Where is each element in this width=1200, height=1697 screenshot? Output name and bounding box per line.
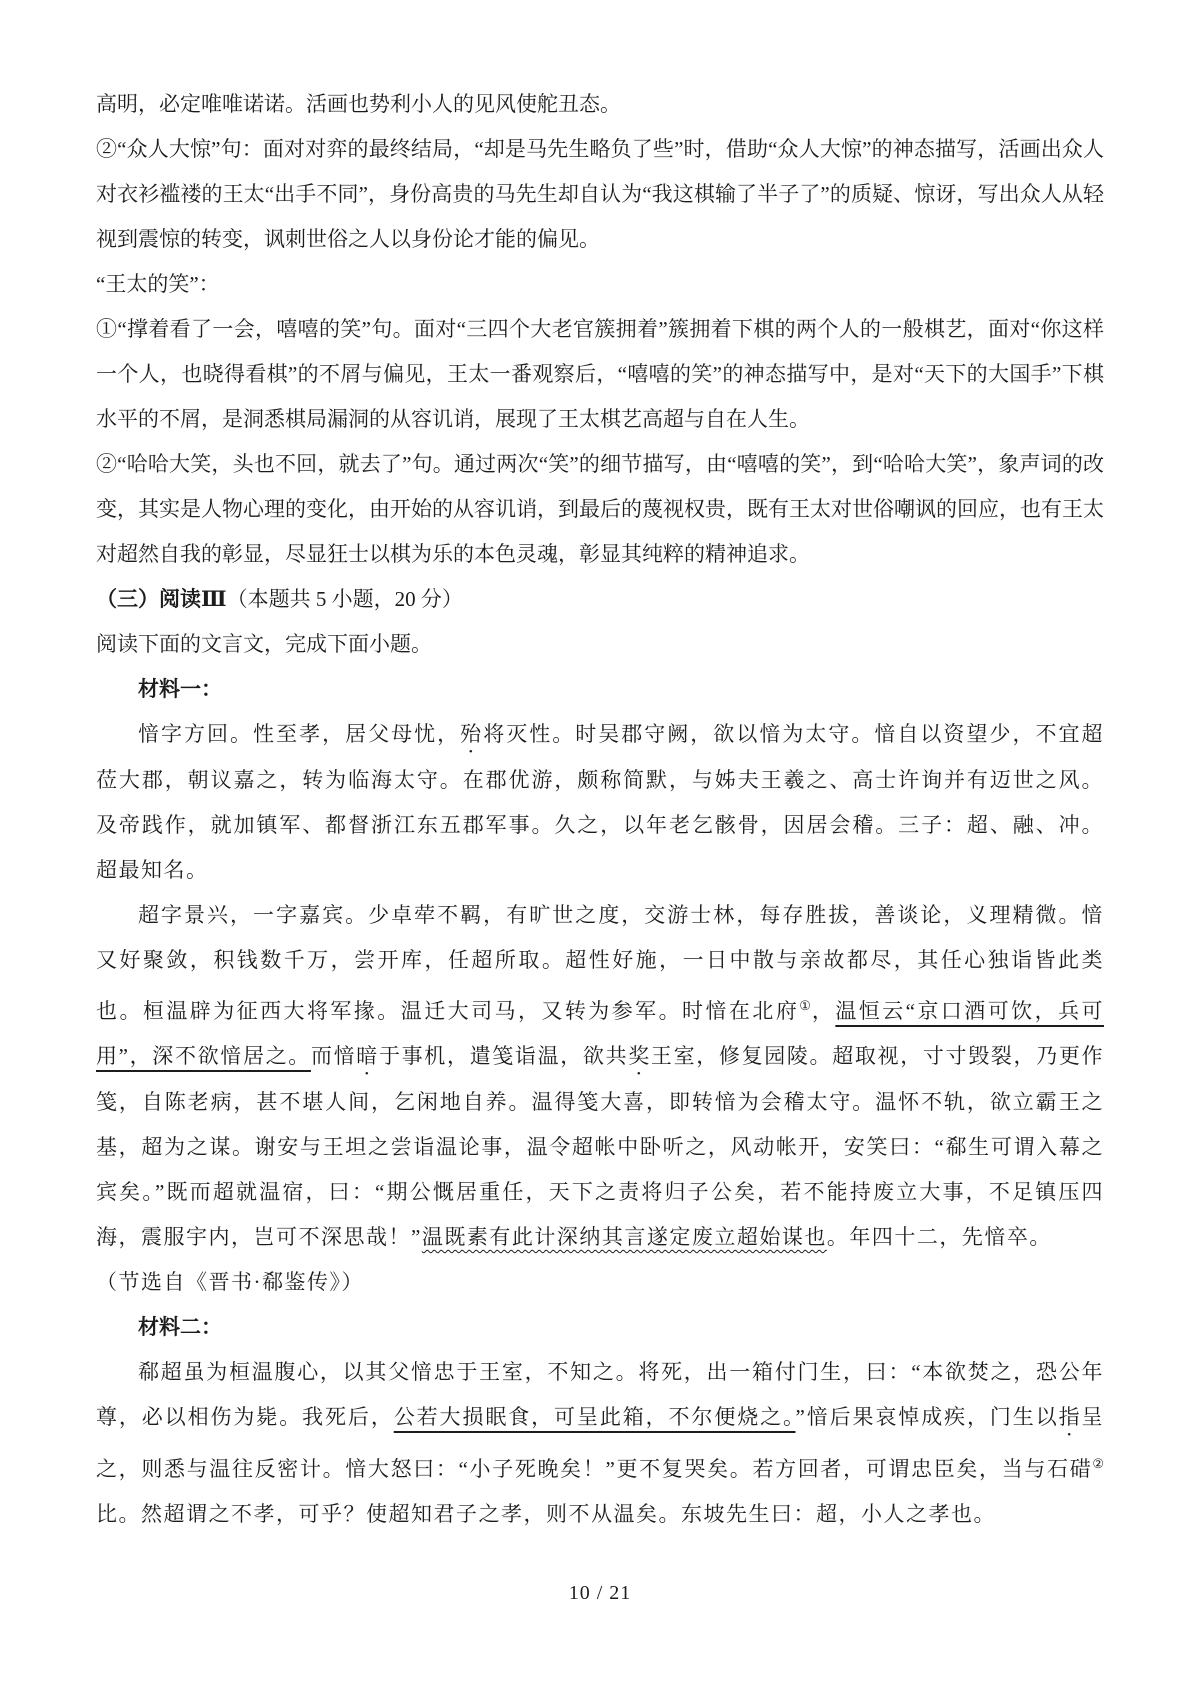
text-run: 阅读下面的文言文，完成下面小题。 <box>96 632 432 656</box>
section-instruction-paragraph: 阅读下面的文言文，完成下面小题。 <box>96 622 1104 667</box>
material-1-source-paragraph: （节选自《晋书·郗鉴传》） <box>96 1260 1104 1305</box>
text-run: 高明，必定唯唯诺诺。活画也势利小人的见风使舵丑态。 <box>96 92 621 116</box>
answer-continuation-paragraph: 高明，必定唯唯诺诺。活画也势利小人的见风使舵丑态。 <box>96 82 1104 127</box>
text-run: 于事机，遣笺诣温，欲共 <box>379 1044 628 1068</box>
text-run: 殆 <box>460 722 483 746</box>
answer-point-1-paragraph: ①“撑着看了一会，嘻嘻的笑”句。面对“三四个大老官簇拥着”簇拥着下棋的两个人的一… <box>96 307 1104 442</box>
text-run: 。年四十二，先愔卒。 <box>827 1225 1052 1249</box>
answer-subtitle-paragraph: “王太的笑”： <box>96 262 1104 307</box>
text-run: 奖 <box>628 1044 651 1068</box>
text-run: 愔字方回。性至孝，居父母忧， <box>138 722 460 746</box>
text-run: 而愔 <box>311 1044 356 1068</box>
page-number: 10 / 21 <box>0 1582 1200 1605</box>
text-run: ， <box>812 999 835 1023</box>
material-2-paragraph-1: 郗超虽为桓温腹心，以其父愔忠于王室，不知之。将死，出一箱付门生，曰：“本欲焚之，… <box>96 1350 1104 1537</box>
text-run: 暗 <box>356 1044 379 1068</box>
text-run: 比。然超谓之不孝，可乎？使超知君子之孝，则不从温矣。东坡先生曰：超，小人之孝也。 <box>96 1502 996 1526</box>
answer-point-2b-paragraph: ②“哈哈大笑，头也不回，就去了”句。通过两次“笑”的细节描写，由“嘻嘻的笑”，到… <box>96 442 1104 577</box>
text-run: 王室，修复园陵。超取视，寸寸毁裂，乃更作笺，自陈老病，甚不堪人间，乞闲地自养。温… <box>96 1044 1104 1249</box>
text-run: ”愔后果哀悼成疾，门生以 <box>795 1405 1058 1429</box>
text-run: （三）阅读Ⅲ <box>96 587 227 611</box>
text-run: 将灭性。时吴郡守阙，欲以愔为太守。愔自以资望少，不宜超莅大郡，朝议嘉之，转为临海… <box>96 722 1104 882</box>
material-1-paragraph-2: 超字景兴，一字嘉宾。少卓荦不羁，有旷世之度，交游士林，每存胜拔，善谈论，义理精微… <box>96 893 1104 1260</box>
text-run: ②“众人大惊”句：面对对弈的最终结局，“却是马先生略负了些”时，借助“众人大惊”… <box>96 137 1104 251</box>
text-run: “王太的笑”： <box>96 272 220 296</box>
text-run: 指 <box>1059 1405 1082 1429</box>
answer-point-2-paragraph: ②“众人大惊”句：面对对弈的最终结局，“却是马先生略负了些”时，借助“众人大惊”… <box>96 127 1104 262</box>
text-run: （本题共 5 小题，20 分） <box>227 587 463 611</box>
text-run: 公若大损眠食，可呈此箱，不尔便烧之。 <box>394 1405 796 1429</box>
document-body: 高明，必定唯唯诺诺。活画也势利小人的见风使舵丑态。②“众人大惊”句：面对对弈的最… <box>96 82 1104 1537</box>
text-run: ①“撑着看了一会，嘻嘻的笑”句。面对“三四个大老官簇拥着”簇拥着下棋的两个人的一… <box>96 317 1104 431</box>
material-1-label-paragraph: 材料一： <box>96 667 1104 712</box>
text-run: （节选自《晋书·郗鉴传》） <box>96 1270 364 1294</box>
material-1-paragraph-1: 愔字方回。性至孝，居父母忧，殆将灭性。时吴郡守阙，欲以愔为太守。愔自以资望少，不… <box>96 712 1104 893</box>
text-run: ②“哈哈大笑，头也不回，就去了”句。通过两次“笑”的细节描写，由“嘻嘻的笑”，到… <box>96 452 1104 566</box>
document-page: 高明，必定唯唯诺诺。活画也势利小人的见风使舵丑态。②“众人大惊”句：面对对弈的最… <box>0 0 1200 1697</box>
text-run: ① <box>799 998 812 1013</box>
text-run: 材料二： <box>138 1315 222 1339</box>
text-run: ② <box>1092 1456 1104 1471</box>
text-run: 材料一： <box>138 677 222 701</box>
material-2-label-paragraph: 材料二： <box>96 1305 1104 1350</box>
section-heading-paragraph: （三）阅读Ⅲ（本题共 5 小题，20 分） <box>96 577 1104 622</box>
text-run: 温既素有此计深纳其言遂定废立超始谋也 <box>422 1225 827 1249</box>
